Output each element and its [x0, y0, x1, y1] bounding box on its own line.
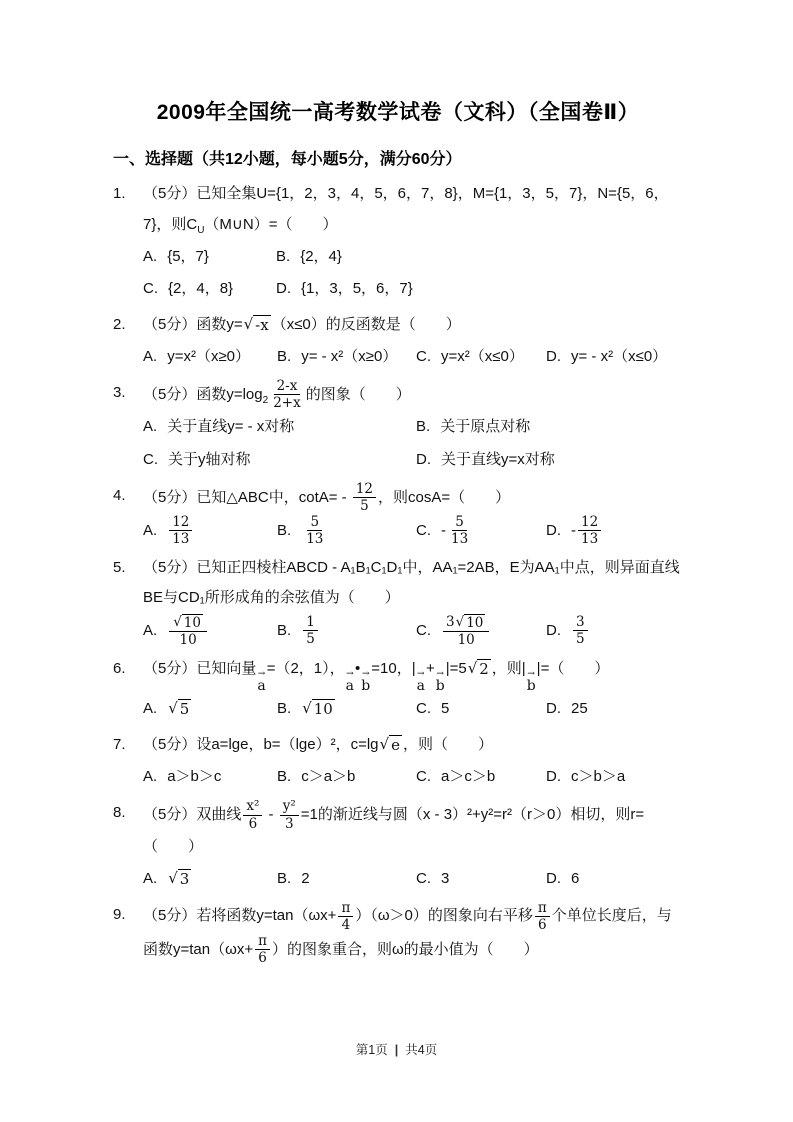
- radicand: 3: [178, 869, 192, 888]
- fraction-denominator: 5: [357, 498, 372, 514]
- vector: →a: [346, 670, 354, 694]
- option-label: B.: [277, 622, 291, 639]
- option-item: B.y= - x²（x≥0）: [277, 341, 416, 373]
- footer-page-number: 第1页: [356, 1043, 388, 1057]
- fraction-denominator: 10: [176, 632, 199, 648]
- fraction: 15: [303, 614, 318, 647]
- fraction-denominator: 2+x: [270, 395, 304, 411]
- square-root: √10: [173, 614, 203, 631]
- option-item: C.y=x²（x≤0）: [416, 341, 546, 373]
- question-number: 3.: [113, 378, 126, 409]
- question-number: 6.: [113, 654, 126, 685]
- option-label: A.: [143, 348, 157, 365]
- option-content: y= - x²（x≥0）: [301, 348, 397, 365]
- option-content: 1213: [167, 522, 194, 539]
- option-item: D.{1，3，5，6，7}: [276, 273, 683, 305]
- fraction: 1213: [578, 514, 601, 547]
- option-content: √5: [167, 700, 192, 717]
- fraction-denominator: 5: [573, 631, 588, 647]
- question-number: 8.: [113, 798, 126, 829]
- question-item: 7.（5分）设a=lge，b=（lge）²，c=lg√e，则（ ）A.a＞b＞c…: [113, 730, 683, 793]
- option-content: 25: [571, 700, 588, 717]
- fraction-denominator: 6: [255, 950, 270, 966]
- option-label: A.: [143, 418, 157, 435]
- question-stem: 7.（5分）设a=lge，b=（lge）²，c=lg√e，则（ ）: [113, 730, 683, 761]
- subscript: 2: [263, 395, 269, 406]
- fraction: 513: [303, 514, 326, 547]
- exam-page: 2009年全国统一高考数学试卷（文科）（全国卷Ⅱ） 一、选择题（共12小题，每小…: [0, 0, 793, 1122]
- vector: →b: [361, 670, 370, 694]
- fraction-numerator: 1: [303, 614, 318, 631]
- page-title: 2009年全国统一高考数学试卷（文科）（全国卷Ⅱ）: [113, 96, 683, 126]
- option-content: y=x²（x≥0）: [167, 348, 250, 365]
- option-label: C.: [416, 348, 431, 365]
- footer-separator: |: [395, 1043, 399, 1057]
- vector-symbol: b: [436, 679, 445, 694]
- option-item: C.5: [416, 693, 546, 725]
- fraction-denominator: 5: [303, 631, 318, 647]
- option-content: 关于原点对称: [440, 418, 530, 435]
- option-item: A.{5，7}: [143, 241, 276, 273]
- option-item: D.35: [546, 614, 683, 648]
- option-label: D.: [546, 768, 561, 785]
- option-label: D.: [546, 348, 561, 365]
- vector: →b: [527, 670, 536, 694]
- fraction-denominator: 6: [246, 816, 261, 832]
- square-root: √10: [456, 614, 486, 631]
- option-label: A.: [143, 700, 157, 717]
- question-text: （5分）函数y=log22-x2+x的图象（ ）: [143, 386, 411, 403]
- question-stem: 3.（5分）函数y=log22-x2+x的图象（ ）: [113, 378, 683, 411]
- option-label: A.: [143, 622, 157, 639]
- fraction-numerator: 12: [578, 514, 601, 531]
- option-label: B.: [277, 870, 291, 887]
- question-stem: 9.（5分）若将函数y=tan（ωx+π4）（ω＞0）的图象向右平移π6个单位长…: [113, 900, 683, 967]
- vector-symbol: a: [257, 679, 265, 694]
- options-grid: A.y=x²（x≥0）B.y= - x²（x≥0）C.y=x²（x≤0）D.y=…: [113, 341, 683, 373]
- option-content: a＞c＞b: [441, 768, 495, 785]
- option-label: B.: [276, 248, 290, 265]
- vector-symbol: b: [527, 679, 536, 694]
- option-label: C.: [416, 700, 431, 717]
- fraction-numerator: 12: [169, 514, 192, 531]
- option-content: c＞b＞a: [571, 768, 625, 785]
- radical-sign: √: [244, 315, 254, 333]
- option-label: D.: [546, 870, 561, 887]
- radicand: -x: [253, 315, 271, 334]
- question-item: 5.（5分）已知正四棱柱ABCD - A₁B₁C₁D₁中，AA₁=2AB，E为A…: [113, 553, 683, 649]
- page-footer: 第1页|共4页: [0, 1040, 793, 1058]
- option-item: D.关于直线y=x对称: [416, 444, 683, 476]
- fraction-denominator: 13: [303, 531, 326, 547]
- fraction-denominator: 13: [448, 531, 471, 547]
- square-root: √10: [302, 699, 335, 718]
- fraction: π4: [338, 900, 353, 933]
- fraction-numerator: x²: [243, 798, 262, 815]
- option-item: A.关于直线y= - x对称: [143, 411, 416, 443]
- option-label: D.: [416, 451, 431, 468]
- option-item: D.25: [546, 693, 683, 725]
- option-content: y=x²（x≤0）: [441, 348, 524, 365]
- option-item: B.c＞a＞b: [277, 761, 416, 793]
- fraction-numerator: π: [535, 900, 550, 917]
- option-item: C.a＞c＞b: [416, 761, 546, 793]
- footer-total-pages: 共4页: [405, 1043, 437, 1057]
- question-number: 1.: [113, 179, 126, 210]
- question-text: （5分）函数y=√-x（x≤0）的反函数是（ ）: [143, 316, 461, 333]
- fraction-denominator: 13: [578, 531, 601, 547]
- options-grid: A.√5B.√10C.5D.25: [113, 693, 683, 725]
- question-text: （5分）已知向量→a=（2，1），→a•→b=10，|→a+→b|=5√2，则|…: [143, 660, 609, 677]
- option-content: 6: [571, 870, 579, 887]
- question-text: （5分）已知全集U={1，2，3，4，5，6，7，8}，M={1，3，5，7}，…: [143, 185, 669, 233]
- option-label: A.: [143, 870, 157, 887]
- fraction-numerator: π: [255, 933, 270, 950]
- option-label: B.: [277, 522, 291, 539]
- question-list: 1.（5分）已知全集U={1，2，3，4，5，6，7，8}，M={1，3，5，7…: [113, 179, 683, 967]
- option-label: C.: [416, 768, 431, 785]
- fraction-numerator: 12: [353, 481, 376, 498]
- vector: →b: [436, 670, 445, 694]
- fraction-numerator: √10: [169, 614, 207, 632]
- option-content: 15: [301, 622, 320, 639]
- option-label: A.: [143, 768, 157, 785]
- option-content: 2: [301, 870, 309, 887]
- question-item: 8.（5分）双曲线x²6 - y²3=1的渐近线与圆（x - 3）²+y²=r²…: [113, 798, 683, 894]
- options-grid: A.{5，7}B.{2，4}C.{2，4，8}D.{1，3，5，6，7}: [113, 241, 683, 306]
- option-item: B.{2，4}: [276, 241, 683, 273]
- option-item: D.6: [546, 863, 683, 895]
- option-item: B.2: [277, 863, 416, 895]
- option-label: A.: [143, 522, 157, 539]
- option-item: C.3√1010: [416, 614, 546, 648]
- question-stem: 4.（5分）已知△ABC中，cotA= - 125，则cosA=（ ）: [113, 481, 683, 514]
- question-item: 9.（5分）若将函数y=tan（ωx+π4）（ω＞0）的图象向右平移π6个单位长…: [113, 900, 683, 967]
- option-content: c＞a＞b: [301, 768, 355, 785]
- option-label: A.: [143, 248, 157, 265]
- option-content: 关于直线y= - x对称: [167, 418, 294, 435]
- option-item: D.c＞b＞a: [546, 761, 683, 793]
- fraction: x²6: [243, 798, 262, 831]
- radical-sign: √: [173, 614, 182, 630]
- radical-sign: √: [468, 659, 478, 677]
- square-root: √-x: [244, 315, 271, 334]
- option-content: 5: [441, 700, 449, 717]
- question-number: 2.: [113, 310, 126, 341]
- option-label: D.: [546, 622, 561, 639]
- fraction: √1010: [169, 614, 207, 648]
- option-content: √1010: [167, 622, 209, 639]
- option-content: 关于直线y=x对称: [441, 451, 555, 468]
- question-number: 5.: [113, 553, 126, 584]
- fraction-numerator: 5: [452, 514, 467, 531]
- option-label: D.: [546, 522, 561, 539]
- option-item: C.-513: [416, 514, 546, 547]
- fraction-numerator: 3: [573, 614, 588, 631]
- option-item: A.y=x²（x≥0）: [143, 341, 277, 373]
- fraction: 35: [573, 614, 588, 647]
- option-label: C.: [416, 870, 431, 887]
- radical-sign: √: [456, 614, 465, 630]
- question-stem: 1.（5分）已知全集U={1，2，3，4，5，6，7，8}，M={1，3，5，7…: [113, 179, 683, 241]
- option-label: C.: [143, 280, 158, 297]
- fraction: y²3: [280, 798, 299, 831]
- radicand: 10: [312, 699, 335, 718]
- option-item: A.√5: [143, 693, 277, 725]
- option-item: C.3: [416, 863, 546, 895]
- question-text: （5分）已知△ABC中，cotA= - 125，则cosA=（ ）: [143, 489, 510, 506]
- square-root: √5: [168, 699, 191, 718]
- option-item: B.√10: [277, 693, 416, 725]
- option-label: B.: [277, 348, 291, 365]
- fraction: 2-x2+x: [270, 378, 304, 411]
- fraction: 125: [353, 481, 376, 514]
- option-item: B.513: [277, 514, 416, 547]
- option-item: A.1213: [143, 514, 277, 547]
- radicand: 10: [464, 614, 485, 631]
- fraction-denominator: 10: [455, 632, 478, 648]
- square-root: √e: [380, 735, 402, 754]
- question-text: （5分）设a=lge，b=（lge）²，c=lg√e，则（ ）: [143, 736, 493, 753]
- option-label: C.: [143, 451, 158, 468]
- option-content: {1，3，5，6，7}: [301, 280, 413, 297]
- option-label: D.: [276, 280, 291, 297]
- fraction-denominator: 6: [535, 917, 550, 933]
- question-text: （5分）若将函数y=tan（ωx+π4）（ω＞0）的图象向右平移π6个单位长度后…: [143, 907, 672, 957]
- fraction-numerator: y²: [280, 798, 299, 815]
- fraction-numerator: 3√10: [443, 614, 489, 632]
- option-content: 513: [301, 522, 328, 539]
- fraction-numerator: 2-x: [274, 378, 301, 395]
- option-label: C.: [416, 522, 431, 539]
- question-item: 1.（5分）已知全集U={1，2，3，4，5，6，7，8}，M={1，3，5，7…: [113, 179, 683, 305]
- fraction: π6: [255, 933, 270, 966]
- option-label: D.: [546, 700, 561, 717]
- options-grid: A.a＞b＞cB.c＞a＞bC.a＞c＞bD.c＞b＞a: [113, 761, 683, 793]
- radicand: 5: [178, 699, 192, 718]
- fraction-numerator: 5: [307, 514, 322, 531]
- option-content: √10: [301, 700, 336, 717]
- question-text: （5分）双曲线x²6 - y²3=1的渐近线与圆（x - 3）²+y²=r²（r…: [143, 806, 644, 855]
- question-stem: 2.（5分）函数y=√-x（x≤0）的反函数是（ ）: [113, 310, 683, 341]
- fraction-denominator: 4: [339, 917, 354, 933]
- radical-sign: √: [302, 699, 312, 717]
- option-item: C.关于y轴对称: [143, 444, 416, 476]
- option-content: √3: [167, 870, 192, 887]
- option-content: -1213: [571, 522, 603, 539]
- option-content: {5，7}: [167, 248, 209, 265]
- option-content: 关于y轴对称: [168, 451, 251, 468]
- option-label: C.: [416, 622, 431, 639]
- option-content: {2，4}: [300, 248, 342, 265]
- option-content: 3: [441, 870, 449, 887]
- options-grid: A.关于直线y= - x对称B.关于原点对称C.关于y轴对称D.关于直线y=x对…: [113, 411, 683, 476]
- option-content: 3√1010: [441, 622, 491, 639]
- option-item: D.-1213: [546, 514, 683, 547]
- option-content: 35: [571, 622, 590, 639]
- question-item: 4.（5分）已知△ABC中，cotA= - 125，则cosA=（ ）A.121…: [113, 481, 683, 548]
- option-item: A.a＞b＞c: [143, 761, 277, 793]
- question-text: （5分）已知正四棱柱ABCD - A₁B₁C₁D₁中，AA₁=2AB，E为AA₁…: [143, 559, 680, 607]
- option-item: C.{2，4，8}: [143, 273, 276, 305]
- radical-sign: √: [380, 735, 390, 753]
- question-item: 2.（5分）函数y=√-x（x≤0）的反函数是（ ）A.y=x²（x≥0）B.y…: [113, 310, 683, 373]
- fraction-numerator: π: [338, 900, 353, 917]
- subscript: U: [197, 225, 204, 236]
- question-stem: 6.（5分）已知向量→a=（2，1），→a•→b=10，|→a+→b|=5√2，…: [113, 654, 683, 694]
- options-grid: A.√1010B.15C.3√1010D.35: [113, 614, 683, 648]
- question-stem: 5.（5分）已知正四棱柱ABCD - A₁B₁C₁D₁中，AA₁=2AB，E为A…: [113, 553, 683, 615]
- section-heading: 一、选择题（共12小题，每小题5分，满分60分）: [113, 146, 683, 169]
- option-item: D.y= - x²（x≤0）: [546, 341, 683, 373]
- radicand: e: [389, 735, 402, 754]
- question-item: 6.（5分）已知向量→a=（2，1），→a•→b=10，|→a+→b|=5√2，…: [113, 654, 683, 726]
- radical-sign: √: [168, 699, 178, 717]
- option-item: A.√1010: [143, 614, 277, 648]
- vector-symbol: a: [346, 679, 354, 694]
- fraction: π6: [535, 900, 550, 933]
- option-content: {2，4，8}: [168, 280, 233, 297]
- vector-symbol: a: [417, 679, 425, 694]
- radical-sign: √: [168, 869, 178, 887]
- option-content: y= - x²（x≤0）: [571, 348, 667, 365]
- question-stem: 8.（5分）双曲线x²6 - y²3=1的渐近线与圆（x - 3）²+y²=r²…: [113, 798, 683, 862]
- question-number: 9.: [113, 900, 126, 931]
- vector: →a: [417, 670, 425, 694]
- fraction: 513: [448, 514, 471, 547]
- option-content: a＞b＞c: [167, 768, 221, 785]
- square-root: √2: [468, 659, 491, 678]
- option-label: B.: [277, 768, 291, 785]
- fraction: 3√1010: [443, 614, 489, 648]
- radicand: 10: [182, 614, 203, 631]
- question-item: 3.（5分）函数y=log22-x2+x的图象（ ）A.关于直线y= - x对称…: [113, 378, 683, 476]
- fraction: 1213: [169, 514, 192, 547]
- radicand: 2: [477, 659, 491, 678]
- option-content: -513: [441, 522, 473, 539]
- fraction-denominator: 3: [282, 816, 297, 832]
- option-label: B.: [416, 418, 430, 435]
- option-item: A.√3: [143, 863, 277, 895]
- vector: →a: [257, 670, 265, 694]
- fraction-denominator: 13: [169, 531, 192, 547]
- options-grid: A.√3B.2C.3D.6: [113, 863, 683, 895]
- option-item: B.15: [277, 614, 416, 648]
- vector-symbol: b: [361, 679, 370, 694]
- option-item: B.关于原点对称: [416, 411, 683, 443]
- square-root: √3: [168, 869, 191, 888]
- question-number: 4.: [113, 481, 126, 512]
- option-label: B.: [277, 700, 291, 717]
- options-grid: A.1213B.513C.-513D.-1213: [113, 514, 683, 547]
- question-number: 7.: [113, 730, 126, 761]
